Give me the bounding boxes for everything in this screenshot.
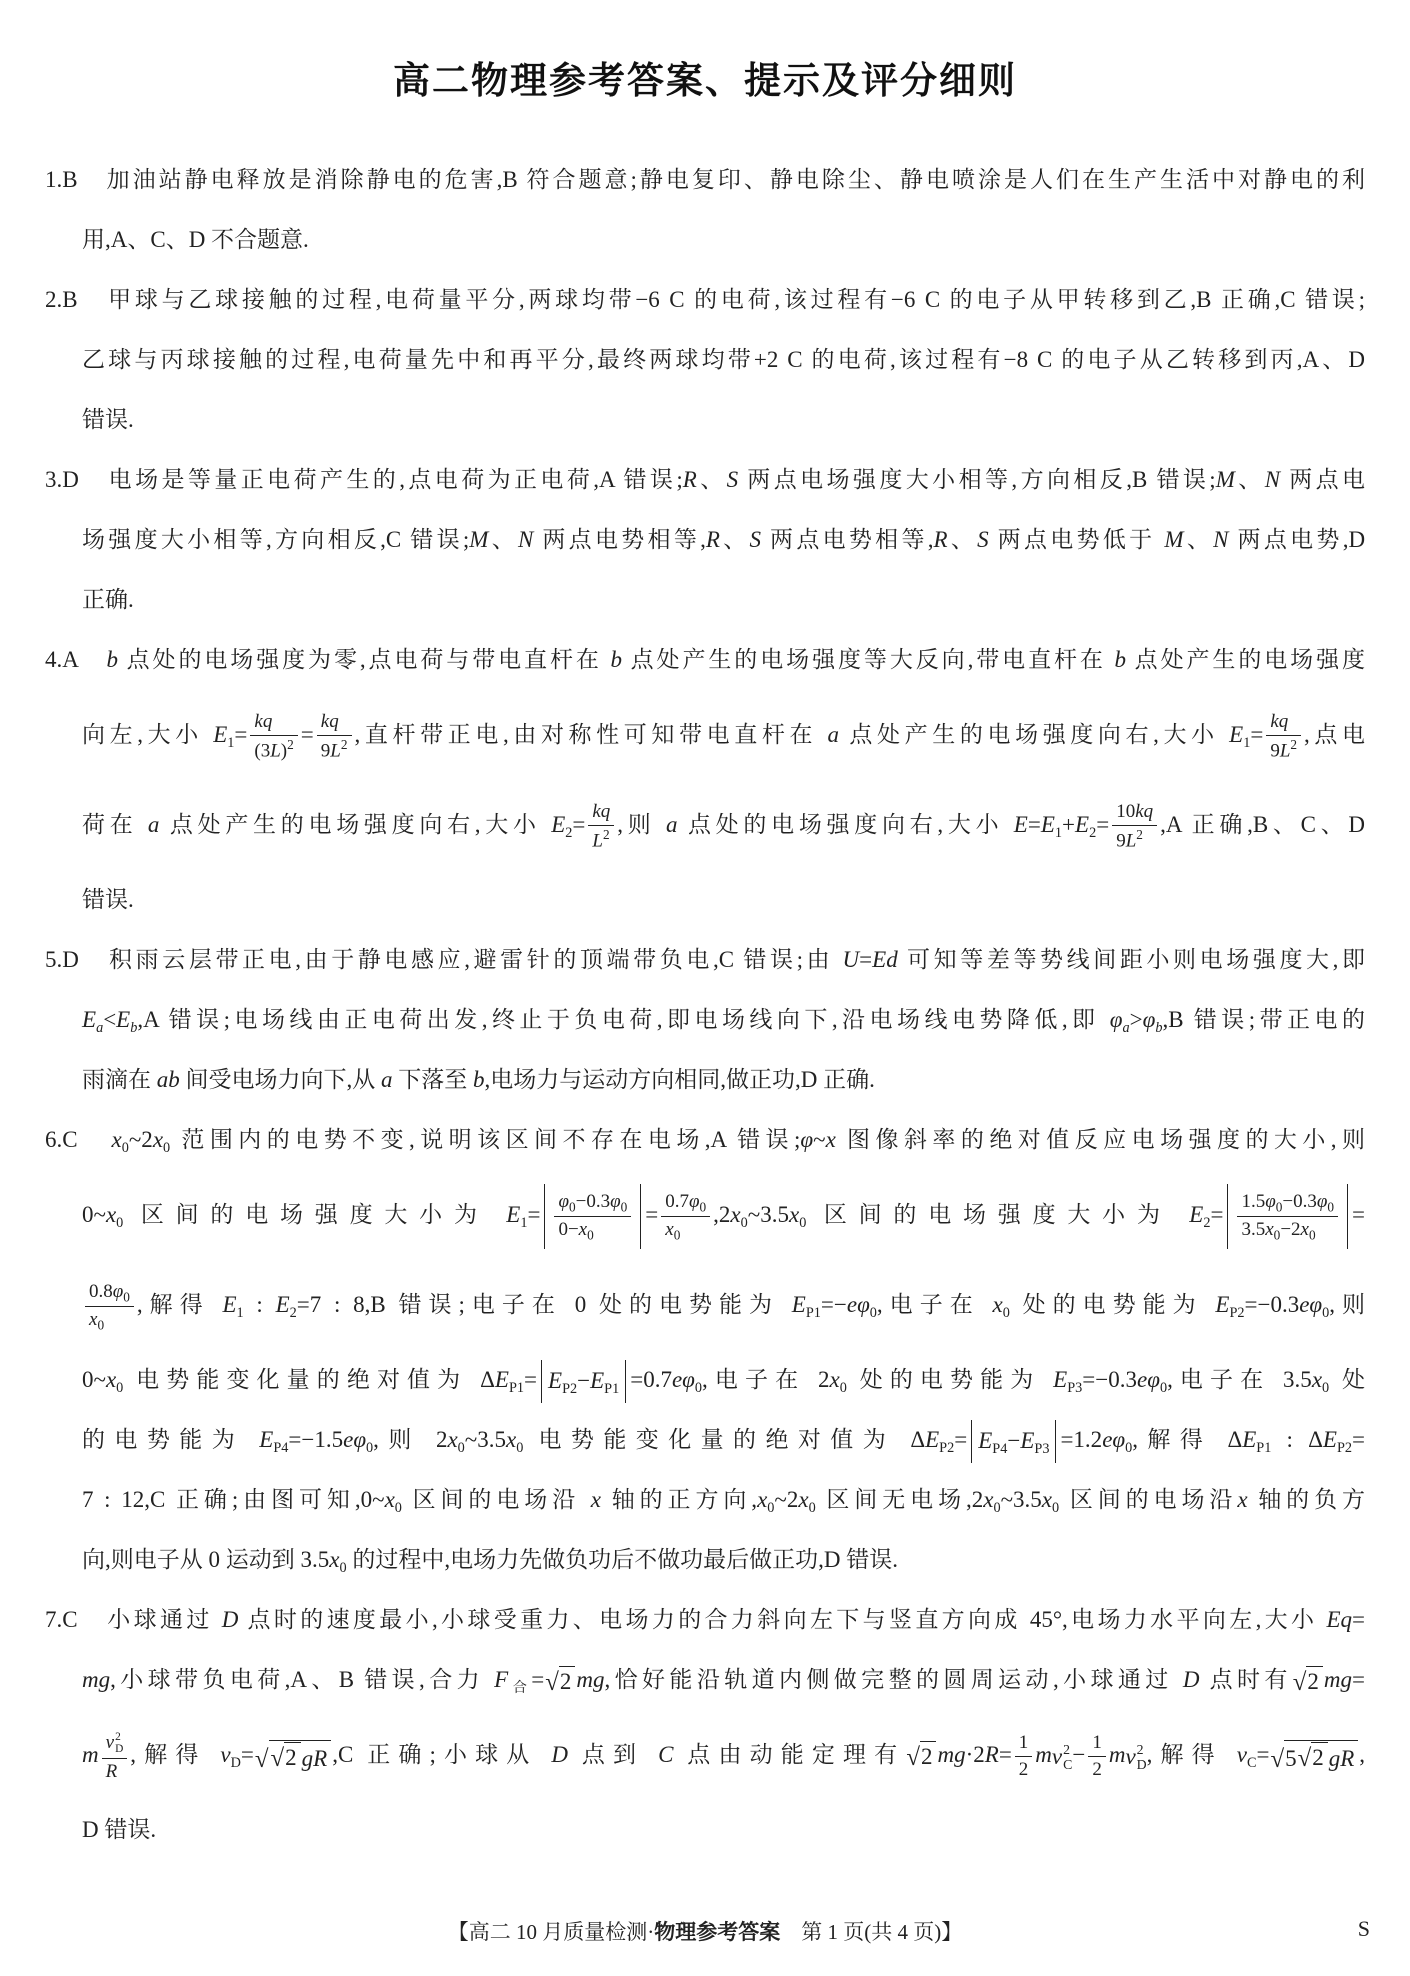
square-root: √2 [1298, 1742, 1328, 1773]
answer-line: Ea<Eb,A 错误;电场线由正电荷出发,终止于负电荷,即电场线向下,沿电场线电… [0, 990, 1365, 1050]
answer-line: 1.B 加油站静电释放是消除静电的危害,B 符合题意;静电复印、静电除尘、静电喷… [0, 150, 1365, 210]
absolute-value: φ0−0.3φ00−x0 [544, 1184, 641, 1249]
square-root: √2 [1293, 1666, 1323, 1697]
footer-text: 【高二 10 月质量检测·物理参考答案 第 1 页(共 4 页)】 [0, 1916, 1410, 1946]
footer-segment: 物理参考答案 [654, 1921, 780, 1944]
fraction: φ0−0.3φ00−x0 [554, 1191, 631, 1242]
fraction: kq9L2 [317, 711, 352, 762]
answer-line: 2.B 甲球与乙球接触的过程,电荷量平分,两球均带−6 C 的电荷,该过程有−6… [0, 270, 1365, 330]
answer-item-4: 4.A b 点处的电场强度为零,点电荷与带电直杆在 b 点处产生的电场强度等大反… [0, 630, 1410, 930]
square-root: √√2gR [255, 1740, 331, 1774]
footer-segment: 【高二 10 月质量检测· [448, 1920, 655, 1944]
footer-segment: 第 1 页(共 4 页)】 [780, 1920, 962, 1944]
answer-line: D 错误. [0, 1800, 1365, 1860]
fraction: 12 [1015, 1732, 1033, 1781]
answer-item-1: 1.B 加油站静电释放是消除静电的危害,B 符合题意;静电复印、静电除尘、静电喷… [0, 150, 1410, 270]
answer-line: mv2DR,解得 vD=√√2gR,C 正确;小球从 D 点到 C 点由动能定理… [0, 1710, 1365, 1800]
answer-line: 向,则电子从 0 运动到 3.5x0 的过程中,电场力先做负功后不做功最后做正功… [0, 1530, 1365, 1590]
answer-line: 7.C 小球通过 D 点时的速度最小,小球受重力、电场力的合力斜向左下与竖直方向… [0, 1590, 1365, 1650]
answer-line: 乙球与丙球接触的过程,电荷量先中和再平分,最终两球均带+2 C 的电荷,该过程有… [0, 330, 1365, 390]
fraction: 1.5φ0−0.3φ03.5x0−2x0 [1237, 1191, 1338, 1242]
answer-line: 用,A、C、D 不合题意. [0, 210, 1365, 270]
square-root: √5√2gR [1270, 1740, 1358, 1774]
fraction: 0.8φ0x0 [85, 1281, 134, 1332]
answer-item-6: 6.C x0~2x0 范围内的电势不变,说明该区间不存在电场,A 错误;φ~x … [0, 1110, 1410, 1590]
answer-line: 正确. [0, 570, 1365, 630]
fraction: v2DR [102, 1731, 128, 1783]
answer-line: 3.D 电场是等量正电荷产生的,点电荷为正电荷,A 错误;R、S 两点电场强度大… [0, 450, 1365, 510]
answer-line: 5.D 积雨云层带正电,由于静电感应,避雷针的顶端带负电,C 错误;由 U=Ed… [0, 930, 1365, 990]
square-root: √2 [545, 1666, 575, 1697]
answer-line: 7 : 12,C 正确;由图可知,0~x0 区间的电场沿 x 轴的正方向,x0~… [0, 1470, 1365, 1530]
absolute-value: EP2−EP1 [541, 1360, 626, 1403]
fraction: 0.7φ0x0 [661, 1191, 710, 1242]
fraction: 12 [1088, 1732, 1106, 1781]
answer-line: 雨滴在 ab 间受电场力向下,从 a 下落至 b,电场力与运动方向相同,做正功,… [0, 1050, 1365, 1110]
answer-line: 0.8φ0x0,解得 E1 : E2=7 : 8,B 错误;电子在 0 处的电势… [0, 1260, 1365, 1350]
absolute-value: 1.5φ0−0.3φ03.5x0−2x0 [1227, 1184, 1348, 1249]
fraction: 10kq9L2 [1112, 801, 1157, 852]
answer-line: 错误. [0, 390, 1365, 450]
answer-item-2: 2.B 甲球与乙球接触的过程,电荷量平分,两球均带−6 C 的电荷,该过程有−6… [0, 270, 1410, 450]
answer-line: 4.A b 点处的电场强度为零,点电荷与带电直杆在 b 点处产生的电场强度等大反… [0, 630, 1365, 690]
absolute-value: EP4−EP3 [971, 1420, 1056, 1463]
answer-line: 向左,大小 E1=kq(3L)2=kq9L2,直杆带正电,由对称性可知带电直杆在… [0, 690, 1365, 780]
page-title: 高二物理参考答案、提示及评分细则 [0, 50, 1410, 104]
answer-item-3: 3.D 电场是等量正电荷产生的,点电荷为正电荷,A 错误;R、S 两点电场强度大… [0, 450, 1410, 630]
answer-line: 的电势能为 EP4=−1.5eφ0,则 2x0~3.5x0 电势能变化量的绝对值… [0, 1410, 1365, 1470]
answer-item-5: 5.D 积雨云层带正电,由于静电感应,避雷针的顶端带负电,C 错误;由 U=Ed… [0, 930, 1410, 1110]
answer-line: mg,小球带负电荷,A、B 错误,合力 F合=√2mg,恰好能沿轨道内侧做完整的… [0, 1650, 1365, 1710]
fraction: kq(3L)2 [250, 711, 297, 762]
footer-edition-mark: S [1358, 1916, 1370, 1942]
answers-list: 1.B 加油站静电释放是消除静电的危害,B 符合题意;静电复印、静电除尘、静电喷… [0, 150, 1410, 1860]
page-footer: 【高二 10 月质量检测·物理参考答案 第 1 页(共 4 页)】 S [0, 1916, 1410, 1948]
answer-line: 0~x0 电势能变化量的绝对值为 ΔEP1=EP2−EP1=0.7eφ0,电子在… [0, 1350, 1365, 1410]
answer-item-7: 7.C 小球通过 D 点时的速度最小,小球受重力、电场力的合力斜向左下与竖直方向… [0, 1590, 1410, 1860]
document-page: 高二物理参考答案、提示及评分细则 1.B 加油站静电释放是消除静电的危害,B 符… [0, 0, 1410, 1860]
square-root: √2 [271, 1742, 301, 1773]
fraction: kq9L2 [1266, 711, 1301, 762]
answer-line: 错误. [0, 870, 1365, 930]
answer-line: 6.C x0~2x0 范围内的电势不变,说明该区间不存在电场,A 错误;φ~x … [0, 1110, 1365, 1170]
answer-line: 场强度大小相等,方向相反,C 错误;M、N 两点电势相等,R、S 两点电势相等,… [0, 510, 1365, 570]
answer-line: 荷在 a 点处产生的电场强度向右,大小 E2=kqL2,则 a 点处的电场强度向… [0, 780, 1365, 870]
fraction: kqL2 [588, 801, 614, 852]
square-root: √2 [906, 1741, 936, 1772]
answer-line: 0~x0 区间的电场强度大小为 E1=φ0−0.3φ00−x0=0.7φ0x0,… [0, 1170, 1365, 1260]
